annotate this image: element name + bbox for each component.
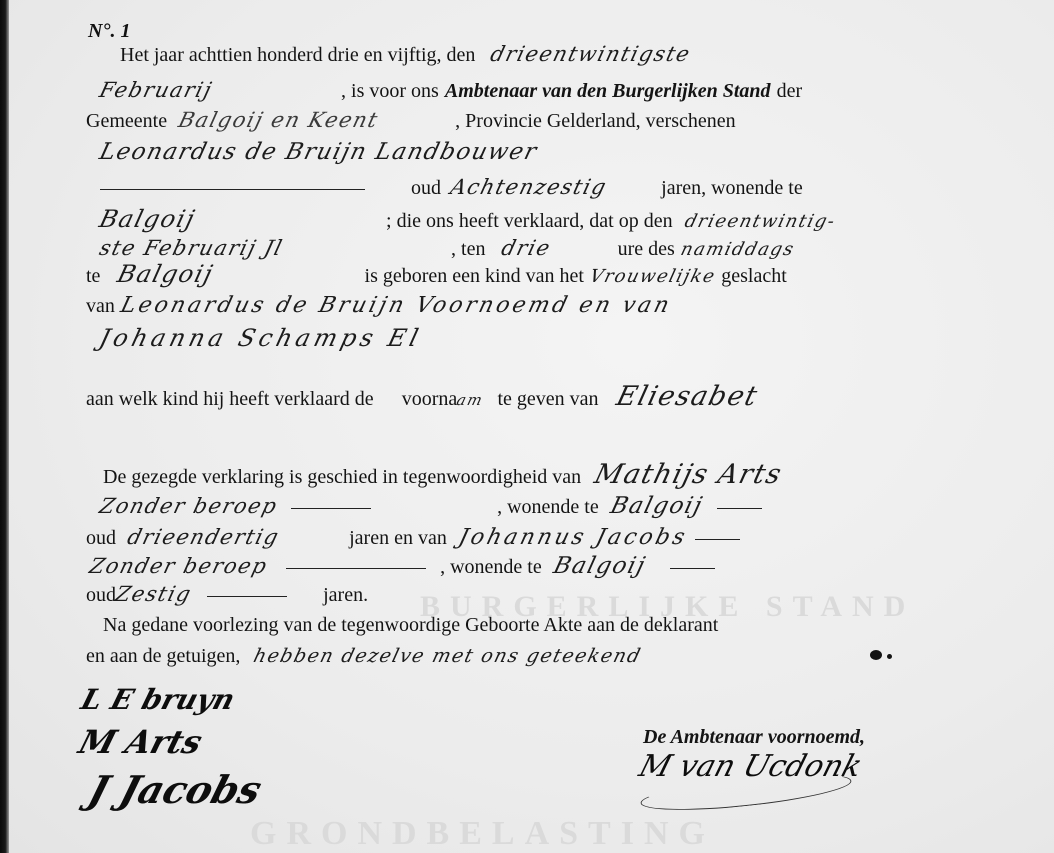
line-3: Gemeente Balgoij en Keent , Provincie Ge… — [86, 108, 736, 133]
birthplace-handwritten: Balgoij — [115, 262, 361, 286]
ure-label: ure des — [618, 238, 675, 260]
witness-2-residence-handwritten: Balgoij — [551, 554, 667, 578]
line-8-printed: is geboren een kind van het — [365, 265, 584, 287]
birth-hour-handwritten: drie — [499, 236, 585, 260]
line-2-printed: , is voor ons — [341, 80, 439, 102]
line-11: aan welk kind hij heeft verklaard de voo… — [86, 385, 757, 412]
wonende-label: , wonende te — [497, 496, 599, 518]
line-5: oud Achtenzestig jaren, wonende te — [100, 175, 803, 200]
jaren-label: jaren. — [323, 584, 368, 606]
line-18: en aan de getuigen, hebben dezelve met o… — [86, 644, 642, 668]
signature-witness-1: M Arts — [80, 730, 201, 759]
child-name-handwritten: Eliesabet — [614, 385, 761, 409]
line-12: De gezegde verklaring is geschied in teg… — [103, 463, 782, 489]
birth-day-handwritten: drieentwintig- — [682, 210, 838, 234]
line-1: Het jaar achttien honderd drie en vijfti… — [120, 42, 691, 67]
line-16: oudZestig jaren. — [86, 582, 368, 607]
blank-rule — [100, 188, 365, 190]
blank-rule — [695, 538, 740, 540]
wonende-label: , wonende te — [440, 556, 542, 578]
mother-handwritten: Johanna Schamps El — [97, 326, 425, 350]
line-6: Balgoij ; die ons heeft verklaard, dat o… — [100, 207, 835, 234]
signature-witness-2: J Jacobs — [90, 778, 260, 809]
line-9: van Leonardus de Bruijn Voornoemd en van — [86, 294, 671, 318]
line-15: Zonder beroep , wonende te Balgoij — [90, 554, 715, 579]
line-17-printed: Na gedane voorlezing van de tegenwoordig… — [103, 614, 718, 636]
ink-blot — [887, 654, 892, 659]
line-6-printed: ; die ons heeft verklaard, dat op den — [386, 210, 673, 232]
day-handwritten: drieentwintigste — [488, 42, 693, 66]
van-label: van — [86, 295, 115, 317]
line-13: Zonder beroep , wonende te Balgoij — [100, 494, 762, 519]
line-4: Leonardus de Bruijn Landbouwer — [100, 140, 537, 165]
signature-declarant: L E bruyn — [82, 688, 234, 715]
oud-label: oud — [411, 177, 441, 199]
declarant-handwritten: Leonardus de Bruijn Landbouwer — [97, 140, 540, 164]
witness-2-occupation-handwritten: Zonder beroep — [87, 554, 283, 578]
father-handwritten: Leonardus de Bruijn Voornoemd en van — [118, 294, 674, 318]
te-geven-label: te geven van — [497, 388, 598, 410]
line-17: Na gedane voorlezing van de tegenwoordig… — [103, 613, 718, 637]
official-title: De Ambtenaar voornoemd, — [643, 725, 865, 749]
declarant-age-handwritten: Achtenzestig — [448, 175, 644, 199]
line-8: te Balgoij is geboren een kind van het V… — [86, 262, 787, 289]
line-2-printed-end: der — [777, 80, 803, 102]
witness-2-handwritten: Johannus Jacobs — [456, 526, 692, 550]
witness-1-residence-handwritten: Balgoij — [608, 494, 714, 518]
official-title-printed: Ambtenaar van den Burgerlijken Stand — [445, 80, 771, 102]
watermark-lower: GRONDBELASTING — [250, 815, 715, 853]
oud-label: oud — [86, 527, 116, 549]
voornaam-label: voorna — [402, 388, 458, 410]
sex-handwritten: Vrouwelijke — [587, 265, 718, 289]
witness-1-handwritten: Mathijs Arts — [592, 463, 785, 487]
line-14: oud drieendertig jaren en van Johannus J… — [86, 525, 740, 550]
jaren-en-van-label: jaren en van — [349, 527, 447, 549]
witness-1-occupation-handwritten: Zonder beroep — [97, 494, 288, 518]
witness-1-signature: M Arts — [77, 730, 205, 754]
residence-handwritten: Balgoij — [97, 207, 383, 231]
geslacht-label: geslacht — [721, 265, 787, 287]
municipality-handwritten: Balgoij en Keent — [176, 108, 452, 132]
line-11-printed: aan welk kind hij heeft verklaard de — [86, 388, 374, 410]
oud-label: oud — [86, 584, 116, 606]
witness-2-signature: J Jacobs — [87, 778, 264, 802]
certificate-page: BURGERLIJKE STAND GRONDBELASTING N°. 1 H… — [0, 0, 1054, 853]
blank-rule — [286, 567, 426, 569]
line-1-printed: Het jaar achttien honderd drie en vijfti… — [120, 44, 475, 66]
official-title-text: De Ambtenaar voornoemd, — [643, 726, 865, 748]
voornaam-suffix-handwritten: am — [454, 388, 486, 412]
ten-label: , ten — [451, 238, 485, 260]
witness-2-age-handwritten: Zestig — [113, 582, 194, 606]
blank-rule — [717, 507, 762, 509]
time-of-day-handwritten: namiddags — [678, 238, 797, 262]
blank-rule — [291, 507, 371, 509]
te-label: te — [86, 265, 100, 287]
ink-blot — [870, 650, 882, 660]
blank-rule — [670, 567, 715, 569]
province-printed: , Provincie Gelderland, verschenen — [455, 110, 735, 132]
document-number: N°. 1 — [88, 20, 130, 43]
birth-month-handwritten: ste Februarij Jl — [97, 236, 448, 260]
gemeente-label: Gemeente — [86, 110, 167, 132]
month-handwritten: Februarij — [97, 78, 328, 102]
line-5-printed: jaren, wonende te — [661, 177, 803, 199]
line-7: ste Februarij Jl , ten drie ure des nami… — [100, 236, 794, 262]
scan-edge — [0, 0, 9, 853]
witness-1-age-handwritten: drieendertig — [125, 525, 346, 549]
signed-statement-handwritten: hebben dezelve met ons geteekend — [251, 644, 644, 668]
line-12-printed: De gezegde verklaring is geschied in teg… — [103, 466, 581, 488]
declarant-signature: L E bruyn — [79, 688, 238, 712]
line-18-printed: en aan de getuigen, — [86, 645, 240, 667]
line-10: Johanna Schamps El — [100, 326, 422, 352]
blank-rule — [207, 595, 287, 597]
line-2: Februarij , is voor ons Ambtenaar van de… — [100, 78, 802, 103]
